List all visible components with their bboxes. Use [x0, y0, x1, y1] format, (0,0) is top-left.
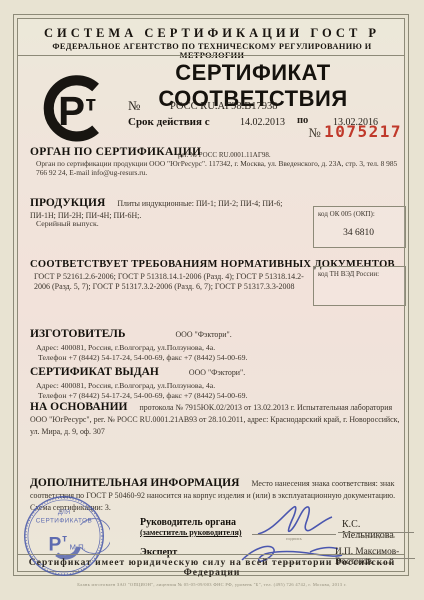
stamp-logo-letter-p: Р [48, 535, 61, 556]
product-serial-note: Серийный выпуск. [36, 219, 99, 229]
manufacturer-section: ИЗГОТОВИТЕЛЬ ООО "Фэктори". Адрес: 40008… [30, 324, 370, 362]
system-title: СИСТЕМА СЕРТИФИКАЦИИ ГОСТ Р [20, 26, 404, 41]
logo-letter-t: т [86, 91, 97, 116]
issued-to-section: СЕРТИФИКАТ ВЫДАН ООО "Фэктори". Адрес: 4… [30, 362, 370, 400]
manufacturer-phone: Телефон +7 (8442) 54-17-24, 54-00-69, фа… [30, 353, 370, 363]
number-label: № [128, 98, 140, 114]
gost-r-logo: Р т [38, 70, 110, 146]
blank-number-label: № [308, 125, 320, 140]
head-name-line [338, 532, 414, 533]
additional-info-heading: ДОПОЛНИТЕЛЬНАЯ ИНФОРМАЦИЯ [30, 477, 239, 489]
tnved-code-label: код ТН ВЭД России: [318, 270, 379, 278]
okp-code-label: код ОК 005 (ОКП): [318, 210, 375, 218]
manufacturer-name: ООО "Фэктори". [175, 330, 231, 339]
org-heading: ОРГАН ПО СЕРТИФИКАЦИИ [30, 146, 201, 158]
org-reg-note: рег. № РОСС RU.0001.11АГ98. [178, 151, 271, 159]
org-text: Орган по сертификации продукции ООО "ЮгР… [36, 159, 404, 177]
head-role-sub-label: (заместитель руководителя) [140, 528, 242, 537]
issued-to-address: Адрес: 400081, Россия, г.Волгоград, ул.П… [30, 381, 370, 391]
header-divider [18, 55, 404, 56]
issued-to-heading: СЕРТИФИКАТ ВЫДАН [30, 366, 159, 378]
product-heading: ПРОДУКЦИЯ [30, 197, 105, 209]
certificate-number: РОСС RU.АГ98.В17938 [170, 101, 278, 112]
head-signature [252, 502, 336, 538]
product-section: ПРОДУКЦИЯ Плиты индукционные: ПИ-1; ПИ-2… [30, 197, 308, 221]
conformity-text: ГОСТ Р 52161.2.6-2006; ГОСТ Р 51318.14.1… [34, 272, 306, 292]
head-signature-line [252, 534, 336, 535]
blank-number: № 1075217 [290, 122, 402, 141]
head-name-caption: инициалы, фамилия [338, 534, 414, 539]
manufacturer-address: Адрес: 400081, Россия, г.Волгоград, ул.П… [30, 343, 370, 353]
stamp-text-line1: ДЛЯ [58, 510, 70, 516]
legal-divider [18, 554, 404, 555]
issued-to-name: ООО "Фэктори". [189, 368, 245, 377]
stamp-text-line2: СЕРТИФИКАТОВ [36, 517, 93, 524]
valid-from-date: 14.02.2013 [240, 117, 285, 128]
validity-label: Срок действия с [128, 116, 210, 128]
basis-heading: НА ОСНОВАНИИ [30, 401, 128, 413]
head-role-label: Руководитель органа [140, 517, 236, 528]
print-note: Бланк изготовлен ЗАО "ОПЦИОН", лицензия … [40, 582, 384, 587]
legal-line: Сертификат имеет юридическую силу на все… [20, 558, 404, 578]
expert-role-label: Эксперт [140, 547, 177, 558]
agency-title: ФЕДЕРАЛЬНОЕ АГЕНТСТВО ПО ТЕХНИЧЕСКОМУ РЕ… [20, 42, 404, 60]
issued-to-phone: Телефон +7 (8442) 54-17-24, 54-00-69, фа… [30, 391, 370, 401]
basis-section: НА ОСНОВАНИИ протокола № 7915ЮК.02/2013 … [30, 401, 406, 437]
logo-letter-p: Р [58, 88, 85, 134]
blank-number-value: 1075217 [324, 122, 402, 141]
stamp-logo-letter-t: т [62, 533, 67, 544]
manufacturer-heading: ИЗГОТОВИТЕЛЬ [30, 328, 125, 340]
certificate-page: СИСТЕМА СЕРТИФИКАЦИИ ГОСТ Р ФЕДЕРАЛЬНОЕ … [0, 0, 424, 600]
okp-code-value: 34 6810 [313, 228, 404, 238]
